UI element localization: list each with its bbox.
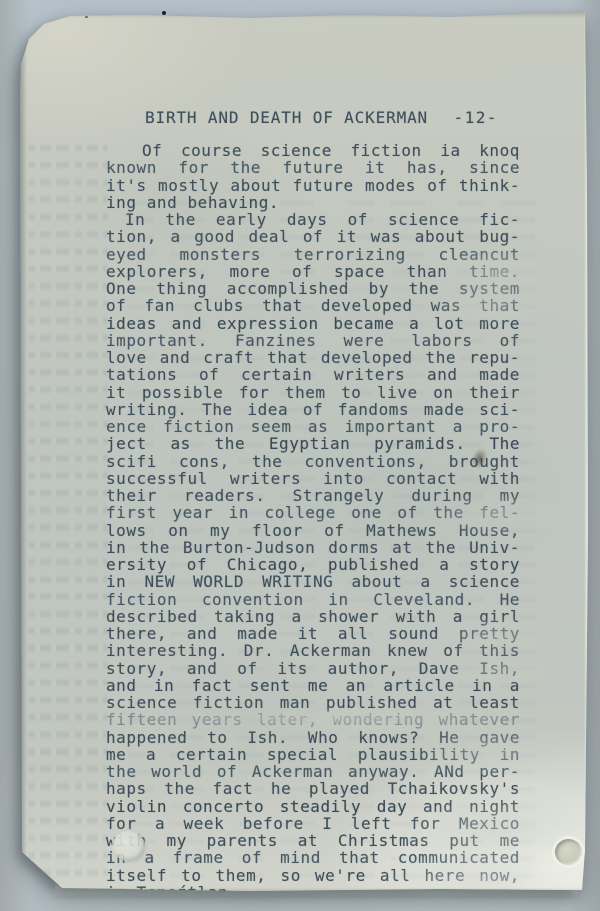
paper-edge-shadow-bottom — [20, 887, 588, 892]
text-line: lows on my floor of Mathews House, — [106, 522, 520, 539]
text-line: haps the fact he played Tchaikovsky's — [106, 780, 520, 797]
text-line: of fan clubs that developed was that — [106, 297, 520, 314]
dust-speck — [162, 11, 166, 15]
text-line: scifi cons, the conventions, brought — [106, 453, 520, 470]
dust-speck-small — [85, 16, 88, 18]
text-line: and in fact sent me an article in a — [106, 677, 520, 694]
text-line: in NEW WORLD WRITING about a science — [106, 573, 520, 590]
text-line: described taking a shower with a girl — [106, 608, 520, 625]
text-line: for a week before I left for Mexico — [106, 815, 520, 832]
page-header: BIRTH AND DEATH OF ACKERMAN -12- — [106, 108, 520, 128]
text-line: the world of Ackerman anyway. ANd per- — [106, 763, 520, 780]
text-line: fifteen years later, wondering whatever — [106, 711, 520, 728]
text-line: in a frame of mind that communicated — [106, 849, 520, 866]
paper-edge-highlight-right — [584, 12, 588, 862]
text-line: important. Fanzines were labors of — [106, 332, 520, 349]
document-page: BIRTH AND DEATH OF ACKERMAN -12- Of cour… — [20, 12, 588, 892]
text-line: there, and made it all sound pretty — [106, 625, 520, 642]
text-line: fiction convention in Cleveland. He — [106, 591, 520, 608]
text-line: first year in college one of the fel- — [106, 504, 520, 521]
text-line: successful writers into contact with — [106, 470, 520, 487]
whiteout-stain — [112, 831, 145, 861]
text-line: me a certain special plausibility in — [106, 746, 520, 763]
text-line: story, and of its author, Dave Ish, — [106, 660, 520, 677]
text-line: eyed monsters terrorizing cleancut — [106, 246, 520, 263]
bleedthrough-text-left-margin — [28, 140, 108, 882]
text-line: it's mostly about future modes of think- — [106, 177, 520, 194]
text-line: with my parents at Christmas put me — [106, 832, 520, 849]
page-number: -12- — [453, 108, 498, 127]
text-line: their readers. Strangely during my — [106, 487, 520, 504]
text-line: ersity of Chicago, published a story — [106, 556, 520, 573]
photo-background: BIRTH AND DEATH OF ACKERMAN -12- Of cour… — [0, 0, 600, 911]
text-line: itself to them, so we're all here now, — [106, 867, 520, 884]
text-line: known for the future it has, since — [106, 159, 520, 176]
text-line: ideas and expression became a lot more — [106, 315, 520, 332]
text-line: ing and behaving. — [106, 194, 520, 211]
hole-punch — [555, 839, 582, 865]
text-line: violin concerto steadily day and night — [106, 798, 520, 815]
text-line: One thing accomplished by the system — [106, 280, 520, 297]
text-line: ence fiction seem as important a pro- — [106, 418, 520, 435]
text-line: tion, a good deal of it was about bug- — [106, 228, 520, 245]
text-line: in the Burton-Judson dorms at the Univ- — [106, 539, 520, 556]
text-line: tations of certain writers and made — [106, 366, 520, 383]
text-line: writing. The idea of fandoms made sci- — [106, 401, 520, 418]
paper-edge-shadow-top — [20, 12, 588, 18]
text-line: In the early days of science fic- — [106, 211, 520, 228]
document-title: BIRTH AND DEATH OF ACKERMAN — [145, 108, 428, 127]
text-line: ject as the Egyptian pyramids. The — [106, 435, 520, 452]
text-line: happened to Ish. Who knows? He gave — [106, 729, 520, 746]
text-line: Of course science fiction ia knoq — [106, 142, 520, 159]
text-line: science fiction man published at least — [106, 694, 520, 711]
paper-shadow: BIRTH AND DEATH OF ACKERMAN -12- Of cour… — [0, 0, 600, 911]
text-line: love and craft that developed the repu- — [106, 349, 520, 366]
text-line: explorers, more of space than time. — [106, 263, 520, 280]
text-line: it possible for them to live on their — [106, 384, 520, 401]
text-line: interesting. Dr. Ackerman knew of this — [106, 642, 520, 659]
paper-edge-shadow-left — [20, 12, 27, 892]
body-lines: Of course science fiction ia knoqknown f… — [106, 142, 520, 901]
